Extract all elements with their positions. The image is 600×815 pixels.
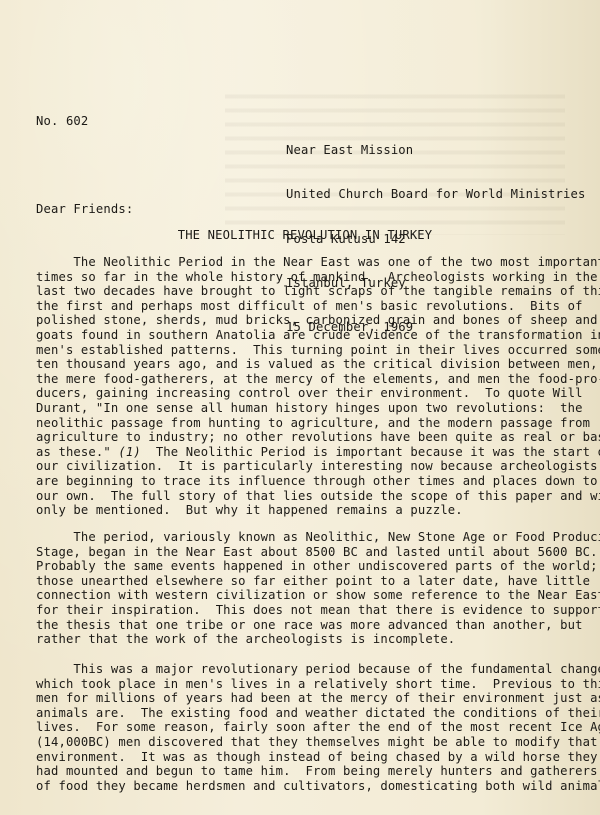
letter-document: No. 602 Near East Mission United Church … — [0, 0, 600, 175]
text-line: those unearthed elsewhere so far either … — [36, 574, 600, 589]
address-line-organization: Near East Mission — [286, 143, 586, 158]
text-line: men for millions of years had been at th… — [36, 691, 600, 706]
text-line: the thesis that one tribe or one race wa… — [36, 618, 600, 633]
text-line: ten thousand years ago, and is valued as… — [36, 357, 600, 372]
text-line: The Neolithic Period in the Near East wa… — [36, 255, 600, 270]
text-line: men's established patterns. This turning… — [36, 343, 600, 358]
text-line: ducers, gaining increasing control over … — [36, 386, 600, 401]
text-line: times so far in the whole history of man… — [36, 270, 600, 285]
paragraph-3: This was a major revolutionary period be… — [36, 662, 600, 793]
text-line: agriculture to industry; no other revolu… — [36, 430, 600, 445]
salutation: Dear Friends: — [36, 202, 133, 217]
text-line: rather that the work of the archeologist… — [36, 632, 600, 647]
text-line: The period, variously known as Neolithic… — [36, 530, 600, 545]
text-line: environment. It was as though instead of… — [36, 750, 600, 765]
text-line: as these." (1) The Neolithic Period is i… — [36, 445, 600, 460]
text-line: the mere food-gatherers, at the mercy of… — [36, 372, 600, 387]
text-line: for their inspiration. This does not mea… — [36, 603, 600, 618]
text-line: the first and perhaps most difficult of … — [36, 299, 600, 314]
text-line: Durant, "In one sense all human history … — [36, 401, 600, 416]
footnote-reference: (1) — [118, 445, 140, 459]
text-line: had mounted and begun to tame him. From … — [36, 764, 600, 779]
text-line: polished stone, sherds, mud bricks, carb… — [36, 313, 600, 328]
text-line: our own. The full story of that lies out… — [36, 489, 600, 504]
text-line: only be mentioned. But why it happened r… — [36, 503, 600, 518]
document-number: No. 602 — [36, 114, 88, 129]
text-line: lives. For some reason, fairly soon afte… — [36, 720, 600, 735]
text-line: animals are. The existing food and weath… — [36, 706, 600, 721]
text-line: (14,000BC) men discovered that they them… — [36, 735, 600, 750]
text-line: last two decades have brought to light s… — [36, 284, 600, 299]
text-line: Probably the same events happened in oth… — [36, 559, 600, 574]
text-line: are beginning to trace its influence thr… — [36, 474, 600, 489]
text-line: our civilization. It is particularly int… — [36, 459, 600, 474]
text-line: of food they became herdsmen and cultiva… — [36, 779, 600, 794]
paragraph-1: The Neolithic Period in the Near East wa… — [36, 255, 600, 518]
text-line: neolithic passage from hunting to agricu… — [36, 416, 600, 431]
address-line-board: United Church Board for World Ministries — [286, 187, 586, 202]
text-line: connection with western civilization or … — [36, 588, 600, 603]
letter-title: THE NEOLITHIC REVOLUTION IN TURKEY — [0, 228, 600, 243]
text-line: which took place in men's lives in a rel… — [36, 677, 600, 692]
text-line: Stage, began in the Near East about 8500… — [36, 545, 600, 560]
paragraph-2: The period, variously known as Neolithic… — [36, 530, 600, 647]
text-line: This was a major revolutionary period be… — [36, 662, 600, 677]
text-line: goats found in southern Anatolia are cru… — [36, 328, 600, 343]
